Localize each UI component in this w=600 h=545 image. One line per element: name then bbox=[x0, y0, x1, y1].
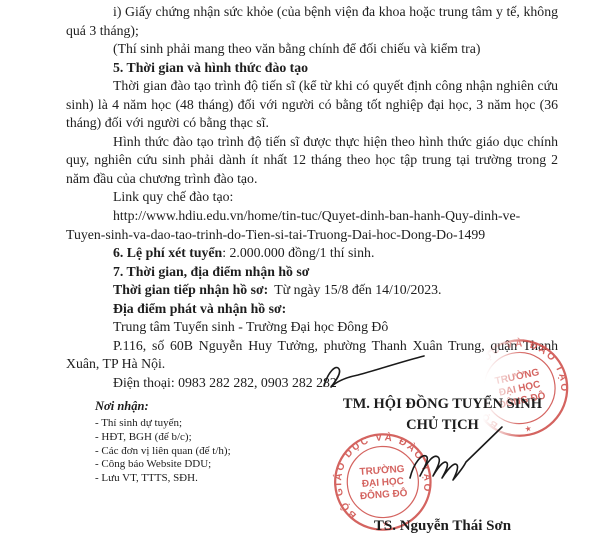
signature bbox=[400, 420, 520, 498]
place-line-1: Trung tâm Tuyển sinh - Trường Đại học Đô… bbox=[66, 318, 558, 337]
phone-line-text: Điện thoại: 0983 282 282, 0903 282 282 bbox=[113, 375, 337, 390]
recipients-block: Nơi nhận: - Thí sinh dự tuyển; - HĐT, BG… bbox=[95, 399, 305, 486]
document-body: i) Giấy chứng nhận sức khỏe (của bệnh vi… bbox=[66, 3, 558, 392]
receive-time-label: Thời gian tiếp nhận hồ sơ: bbox=[113, 282, 268, 297]
paragraph-item-i: i) Giấy chứng nhận sức khỏe (của bệnh vi… bbox=[66, 3, 558, 40]
note-text: (Thí sinh phải mang theo văn bằng chính … bbox=[113, 41, 480, 56]
section-6-line: 6. Lệ phí xét tuyển: 2.000.000 đồng/1 th… bbox=[66, 244, 558, 263]
fee-value: : 2.000.000 đồng/1 thí sinh. bbox=[222, 245, 374, 260]
recipients-list: - Thí sinh dự tuyển; - HĐT, BGH (để b/c)… bbox=[95, 417, 305, 486]
document-page: i) Giấy chứng nhận sức khỏe (của bệnh vi… bbox=[0, 0, 600, 545]
recipients-title: Nơi nhận: bbox=[95, 399, 305, 414]
recipient-item: - HĐT, BGH (để b/c); bbox=[95, 431, 305, 445]
recipient-item: - Các đơn vị liên quan (để t/h); bbox=[95, 445, 305, 459]
recipient-item: - Thí sinh dự tuyển; bbox=[95, 417, 305, 431]
item-i-text: i) Giấy chứng nhận sức khỏe (của bệnh vi… bbox=[66, 4, 558, 38]
paragraph-duration: Thời gian đào tạo trình độ tiến sĩ (kể t… bbox=[66, 77, 558, 133]
recipient-item: - Lưu VT, TTTS, SĐH. bbox=[95, 472, 305, 486]
link-url: http://www.hdiu.edu.vn/home/tin-tuc/Quye… bbox=[66, 207, 558, 244]
duration-text: Thời gian đào tạo trình độ tiến sĩ (kể t… bbox=[66, 78, 558, 130]
place-line-1-text: Trung tâm Tuyển sinh - Trường Đại học Đô… bbox=[113, 319, 388, 334]
section-7-title-text: 7. Thời gian, địa điểm nhận hồ sơ bbox=[113, 264, 309, 279]
section-7-title: 7. Thời gian, địa điểm nhận hồ sơ bbox=[66, 263, 558, 282]
link-url-text: http://www.hdiu.edu.vn/home/tin-tuc/Quye… bbox=[66, 208, 520, 242]
paragraph-note: (Thí sinh phải mang theo văn bằng chính … bbox=[66, 40, 558, 59]
signing-authority: TM. HỘI ĐỒNG TUYỂN SINH bbox=[325, 395, 560, 414]
signer-name: TS. Nguyễn Thái Sơn bbox=[325, 517, 560, 535]
receive-time-value: Từ ngày 15/8 đến 14/10/2023. bbox=[274, 282, 441, 297]
receive-place-label: Địa điểm phát và nhận hồ sơ: bbox=[66, 300, 558, 319]
link-label-text: Link quy chế đào tạo: bbox=[113, 189, 233, 204]
phone-annotation-squiggle bbox=[318, 350, 430, 392]
receive-time-line: Thời gian tiếp nhận hồ sơ:Từ ngày 15/8 đ… bbox=[66, 281, 558, 300]
paragraph-format: Hình thức đào tạo trình độ tiến sĩ được … bbox=[66, 133, 558, 189]
fee-label: 6. Lệ phí xét tuyển bbox=[113, 245, 222, 260]
format-text: Hình thức đào tạo trình độ tiến sĩ được … bbox=[66, 134, 558, 186]
section-5-title: 5. Thời gian và hình thức đào tạo bbox=[66, 59, 558, 78]
receive-place-label-text: Địa điểm phát và nhận hồ sơ: bbox=[113, 301, 286, 316]
link-label: Link quy chế đào tạo: bbox=[66, 188, 558, 207]
recipient-item: - Công báo Website DDU; bbox=[95, 458, 305, 472]
section-5-title-text: 5. Thời gian và hình thức đào tạo bbox=[113, 60, 308, 75]
